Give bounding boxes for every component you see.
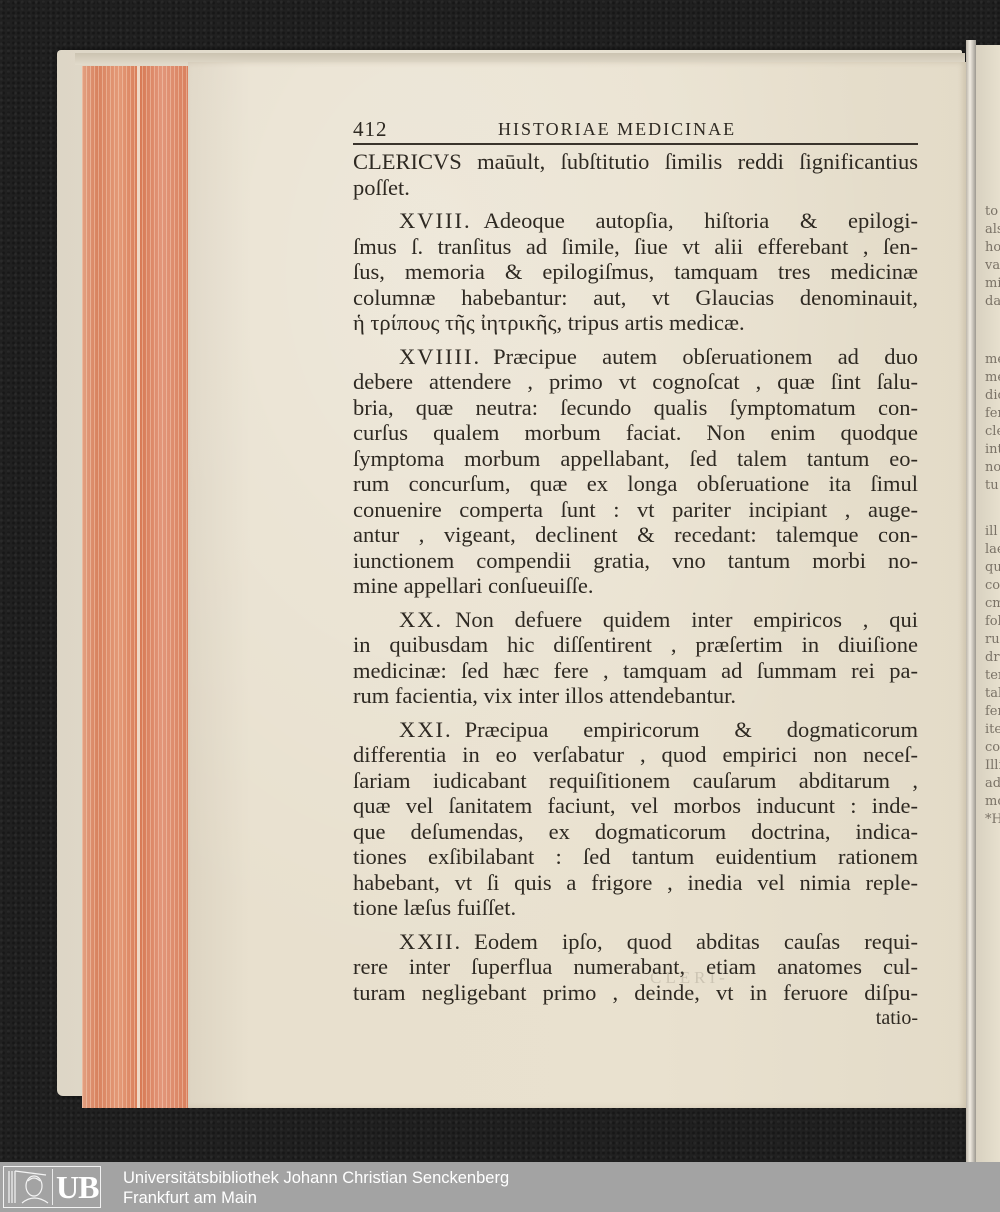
line-text: Eodem ipſo, quod abditas cauſas requi- bbox=[474, 929, 918, 954]
section-numeral: XVIIII. bbox=[399, 344, 481, 369]
section-numeral: XX. bbox=[399, 607, 443, 632]
facing-page-fragment: laes bbox=[985, 543, 1000, 556]
page-edge-divider bbox=[137, 66, 140, 1108]
line-text: ἡ τρίπους τῆς ἰητρικῆς, tripus artis med… bbox=[353, 310, 745, 335]
facing-page-fragment: tal bbox=[985, 687, 1000, 700]
sprinkled-page-edges bbox=[82, 66, 190, 1108]
facing-page-fragment: fer bbox=[985, 407, 1000, 420]
line-text: rum concurſum, quæ ex longa obſeruatione… bbox=[353, 471, 918, 496]
text-line: ſmus ſ. tranſitus ad ſimile, ſiue vt ali… bbox=[353, 234, 918, 260]
line-text: differentia in eo verſabatur , quod empi… bbox=[353, 742, 918, 767]
text-line: XVIII.Adeoque autopſia, hiſtoria & epilo… bbox=[353, 208, 918, 234]
paragraph: XVIIII.Præcipue autem obſeruationem ad d… bbox=[353, 344, 918, 599]
line-text: quæ vel ſanitatem faciunt, vel morbos in… bbox=[353, 793, 918, 818]
catchword: tatio- bbox=[353, 1007, 918, 1030]
facing-page-fragment: tem bbox=[985, 669, 1000, 682]
text-line: ἡ τρίπους τῆς ἰητρικῆς, tripus artis med… bbox=[353, 310, 918, 336]
text-line: rum facientia, vix inter illos attendeba… bbox=[353, 683, 918, 709]
facing-page-fragment: con bbox=[985, 741, 1000, 754]
text-line: in quibusdam hic diſſentirent , præſerti… bbox=[353, 632, 918, 658]
facing-page-fragment: da bbox=[985, 295, 1000, 308]
glass-plate-edge bbox=[966, 40, 976, 1162]
facing-page-fragment: vai bbox=[985, 259, 1000, 272]
show-through-text: CLERI- bbox=[650, 968, 729, 988]
text-line: XXII.Eodem ipſo, quod abditas cauſas req… bbox=[353, 929, 918, 955]
section-numeral: XXI. bbox=[399, 717, 453, 742]
paragraph: XVIII.Adeoque autopſia, hiſtoria & epilo… bbox=[353, 208, 918, 336]
line-text: CLERICVS maūult, ſubſtitutio ſimilis red… bbox=[353, 149, 918, 174]
line-text: tione læſus fuiſſet. bbox=[353, 895, 516, 920]
paragraph: CLERICVS maūult, ſubſtitutio ſimilis red… bbox=[353, 149, 918, 200]
institution-line-2: Frankfurt am Main bbox=[123, 1188, 509, 1208]
line-text: habebant, vt ſi quis a frigore , inedia … bbox=[353, 870, 918, 895]
text-line: columnæ habebantur: aut, vt Glaucias den… bbox=[353, 285, 918, 311]
text-line: conuenire comperta ſunt : vt pariter inc… bbox=[353, 497, 918, 523]
text-line: CLERICVS maūult, ſubſtitutio ſimilis red… bbox=[353, 149, 918, 175]
line-text: turam negligebant primo , deinde, vt in … bbox=[353, 980, 918, 1005]
text-line: tiones exſibilabant : ſed tantum euident… bbox=[353, 844, 918, 870]
facing-page-fragment: cle bbox=[985, 425, 1000, 438]
line-text: antur , vigeant, declinent & recedant: t… bbox=[353, 522, 918, 547]
paragraph: XXI.Præcipua empiricorum & dogmaticorumd… bbox=[353, 717, 918, 921]
facing-page-fragment: tu bbox=[985, 479, 999, 492]
line-text: que deſumendas, ex dogmaticorum doctrina… bbox=[353, 819, 918, 844]
line-text: medicinæ: ſed hæc fere , tamquam ad ſumm… bbox=[353, 658, 918, 683]
text-line: ſus, memoria & epilogiſmus, tamquam tres… bbox=[353, 259, 918, 285]
line-text: Adeoque autopſia, hiſtoria & epilogi- bbox=[484, 208, 918, 233]
line-text: curſus qualem morbum faciat. Non enim qu… bbox=[353, 420, 918, 445]
facing-page-fragment: ru bbox=[985, 633, 1000, 646]
text-line: quæ vel ſanitatem faciunt, vel morbos in… bbox=[353, 793, 918, 819]
text-line: tione læſus fuiſſet. bbox=[353, 895, 918, 921]
institution-name[interactable]: Universitätsbibliothek Johann Christian … bbox=[123, 1168, 509, 1208]
facing-page-fragment: inte bbox=[985, 443, 1000, 456]
page-number: 412 bbox=[353, 117, 388, 142]
facing-page-fragment: als bbox=[985, 223, 1000, 236]
text-line: ſariam iudicabant requiſitionem cauſarum… bbox=[353, 768, 918, 794]
facing-page-fragment: me bbox=[985, 353, 1000, 366]
line-text: debere attendere , primo vt cognoſcat , … bbox=[353, 369, 918, 394]
senckenberg-portrait-icon bbox=[6, 1169, 53, 1205]
facing-page-fragment: cm bbox=[985, 597, 1000, 610]
text-line: rum concurſum, quæ ex longa obſeruatione… bbox=[353, 471, 918, 497]
text-line: antur , vigeant, declinent & recedant: t… bbox=[353, 522, 918, 548]
line-text: iunctionem compendii gratia, vno tantum … bbox=[353, 548, 918, 573]
text-line: debere attendere , primo vt cognoſcat , … bbox=[353, 369, 918, 395]
ub-logo-text: UB bbox=[56, 1169, 98, 1205]
facing-page-fragment: ill bbox=[985, 525, 997, 538]
text-line: rere inter ſuperflua numerabant, etiam a… bbox=[353, 954, 918, 980]
facing-page-fragment: qu bbox=[985, 561, 1000, 574]
line-text: columnæ habebantur: aut, vt Glaucias den… bbox=[353, 285, 918, 310]
running-title: HISTORIAE MEDICINAE bbox=[498, 119, 736, 140]
line-text: Præcipue autem obſeruationem ad duo bbox=[493, 344, 918, 369]
facing-page-fragment: fol bbox=[985, 615, 1000, 628]
line-text: rum facientia, vix inter illos attendeba… bbox=[353, 683, 736, 708]
text-line: iunctionem compendii gratia, vno tantum … bbox=[353, 548, 918, 574]
facing-page-fragment: dic bbox=[985, 389, 1000, 402]
text-line: XVIIII.Præcipue autem obſeruationem ad d… bbox=[353, 344, 918, 370]
line-text: mine appellari conſueuiſſe. bbox=[353, 573, 594, 598]
section-numeral: XVIII. bbox=[399, 208, 472, 233]
facing-page-fragment: ad bbox=[985, 777, 1000, 790]
facing-page-fragment: mo bbox=[985, 795, 1000, 808]
text-line: bria, quæ neutra: ſecundo qualis ſymptom… bbox=[353, 395, 918, 421]
facing-page-fragment: iter bbox=[985, 723, 1000, 736]
line-text: rere inter ſuperflua numerabant, etiam a… bbox=[353, 954, 918, 979]
facing-page-fragment: mi bbox=[985, 277, 1000, 290]
paragraph: XXII.Eodem ipſo, quod abditas cauſas req… bbox=[353, 929, 918, 1006]
facing-page-fragment: dra bbox=[985, 651, 1000, 664]
line-text: tiones exſibilabant : ſed tantum euident… bbox=[353, 844, 918, 869]
facing-page-fragment: to bbox=[985, 205, 998, 218]
line-text: ſmus ſ. tranſitus ad ſimile, ſiue vt ali… bbox=[353, 234, 918, 259]
text-line: curſus qualem morbum faciat. Non enim qu… bbox=[353, 420, 918, 446]
facing-page-fragment: fer bbox=[985, 705, 1000, 718]
facing-page-fragment: *H bbox=[985, 813, 1000, 826]
facing-page-fragment: no bbox=[985, 461, 1000, 474]
facing-page-fragment: hoc bbox=[985, 241, 1000, 254]
facing-page-fragment: me bbox=[985, 371, 1000, 384]
text-line: poſſet. bbox=[353, 175, 918, 201]
line-text: poſſet. bbox=[353, 175, 410, 200]
text-line: medicinæ: ſed hæc fere , tamquam ad ſumm… bbox=[353, 658, 918, 684]
text-line: mine appellari conſueuiſſe. bbox=[353, 573, 918, 599]
text-line: que deſumendas, ex dogmaticorum doctrina… bbox=[353, 819, 918, 845]
page-text: 412 HISTORIAE MEDICINAE CLERICVS maūult,… bbox=[353, 117, 918, 1030]
body-text: CLERICVS maūult, ſubſtitutio ſimilis red… bbox=[353, 149, 918, 1005]
institution-line-1: Universitätsbibliothek Johann Christian … bbox=[123, 1168, 509, 1188]
section-numeral: XXII. bbox=[399, 929, 462, 954]
text-line: differentia in eo verſabatur , quod empi… bbox=[353, 742, 918, 768]
line-text: bria, quæ neutra: ſecundo qualis ſymptom… bbox=[353, 395, 918, 420]
text-line: ſymptoma morbum appellabant, ſed talem t… bbox=[353, 446, 918, 472]
facing-page-fragment: Illi bbox=[985, 759, 1000, 772]
line-text: ſus, memoria & epilogiſmus, tamquam tres… bbox=[353, 259, 918, 284]
text-line: XXI.Præcipua empiricorum & dogmaticorum bbox=[353, 717, 918, 743]
text-line: turam negligebant primo , deinde, vt in … bbox=[353, 980, 918, 1006]
facing-page-sliver: toalshocvaimidamemedicfercleintenotuilll… bbox=[976, 45, 1000, 1162]
text-line: habebant, vt ſi quis a frigore , inedia … bbox=[353, 870, 918, 896]
line-text: conuenire comperta ſunt : vt pariter inc… bbox=[353, 497, 918, 522]
ub-logo[interactable]: UB bbox=[3, 1166, 101, 1208]
facing-page-fragment: co bbox=[985, 579, 1000, 592]
line-text: Non defuere quidem inter empiricos , qui bbox=[455, 607, 918, 632]
line-text: ſariam iudicabant requiſitionem cauſarum… bbox=[353, 768, 918, 793]
text-line: XX.Non defuere quidem inter empiricos , … bbox=[353, 607, 918, 633]
line-text: ſymptoma morbum appellabant, ſed talem t… bbox=[353, 446, 918, 471]
line-text: in quibusdam hic diſſentirent , præſerti… bbox=[353, 632, 918, 657]
footer-bar: UB Universitätsbibliothek Johann Christi… bbox=[0, 1162, 1000, 1212]
running-head: 412 HISTORIAE MEDICINAE bbox=[353, 117, 918, 145]
paragraph: XX.Non defuere quidem inter empiricos , … bbox=[353, 607, 918, 709]
line-text: Præcipua empiricorum & dogmaticorum bbox=[465, 717, 918, 742]
